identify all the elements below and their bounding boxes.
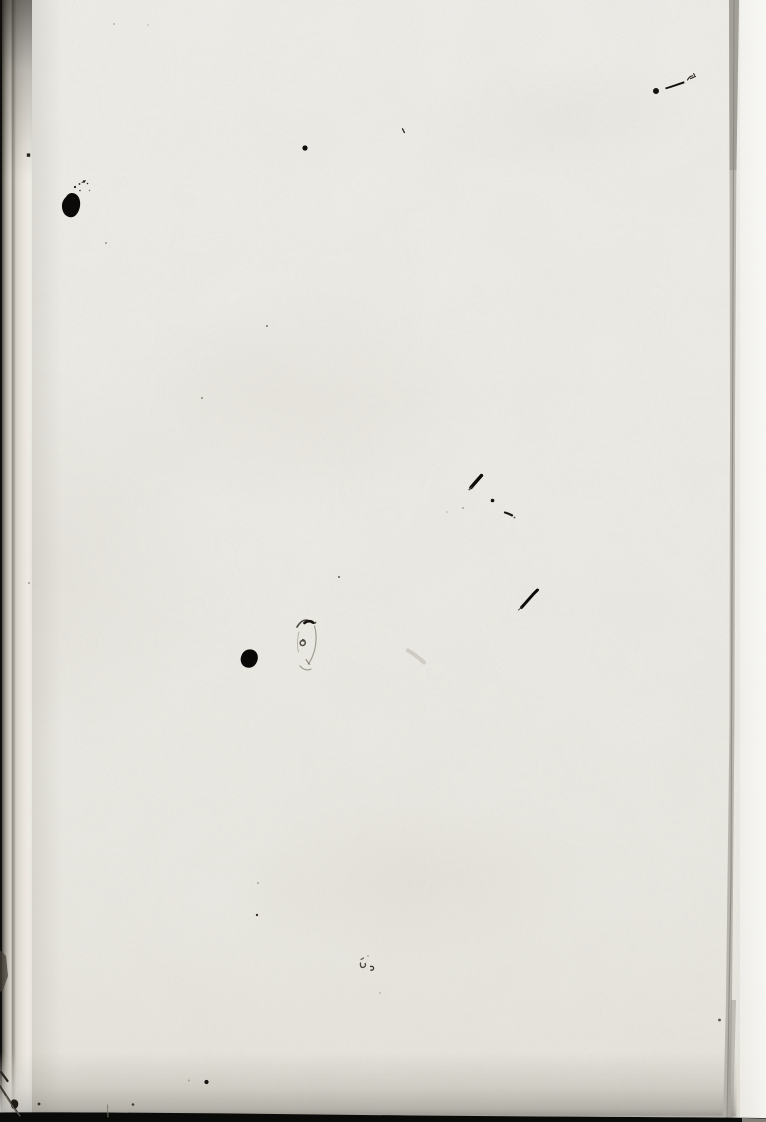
gutter-shadow — [32, 0, 62, 1122]
scanned-book-page — [0, 0, 766, 1122]
bottom-scan-shadow — [0, 1053, 736, 1117]
right-margin-paper — [740, 0, 766, 1122]
paper-stain-mottling — [0, 0, 766, 1122]
book-binding-edge — [0, 0, 32, 1122]
